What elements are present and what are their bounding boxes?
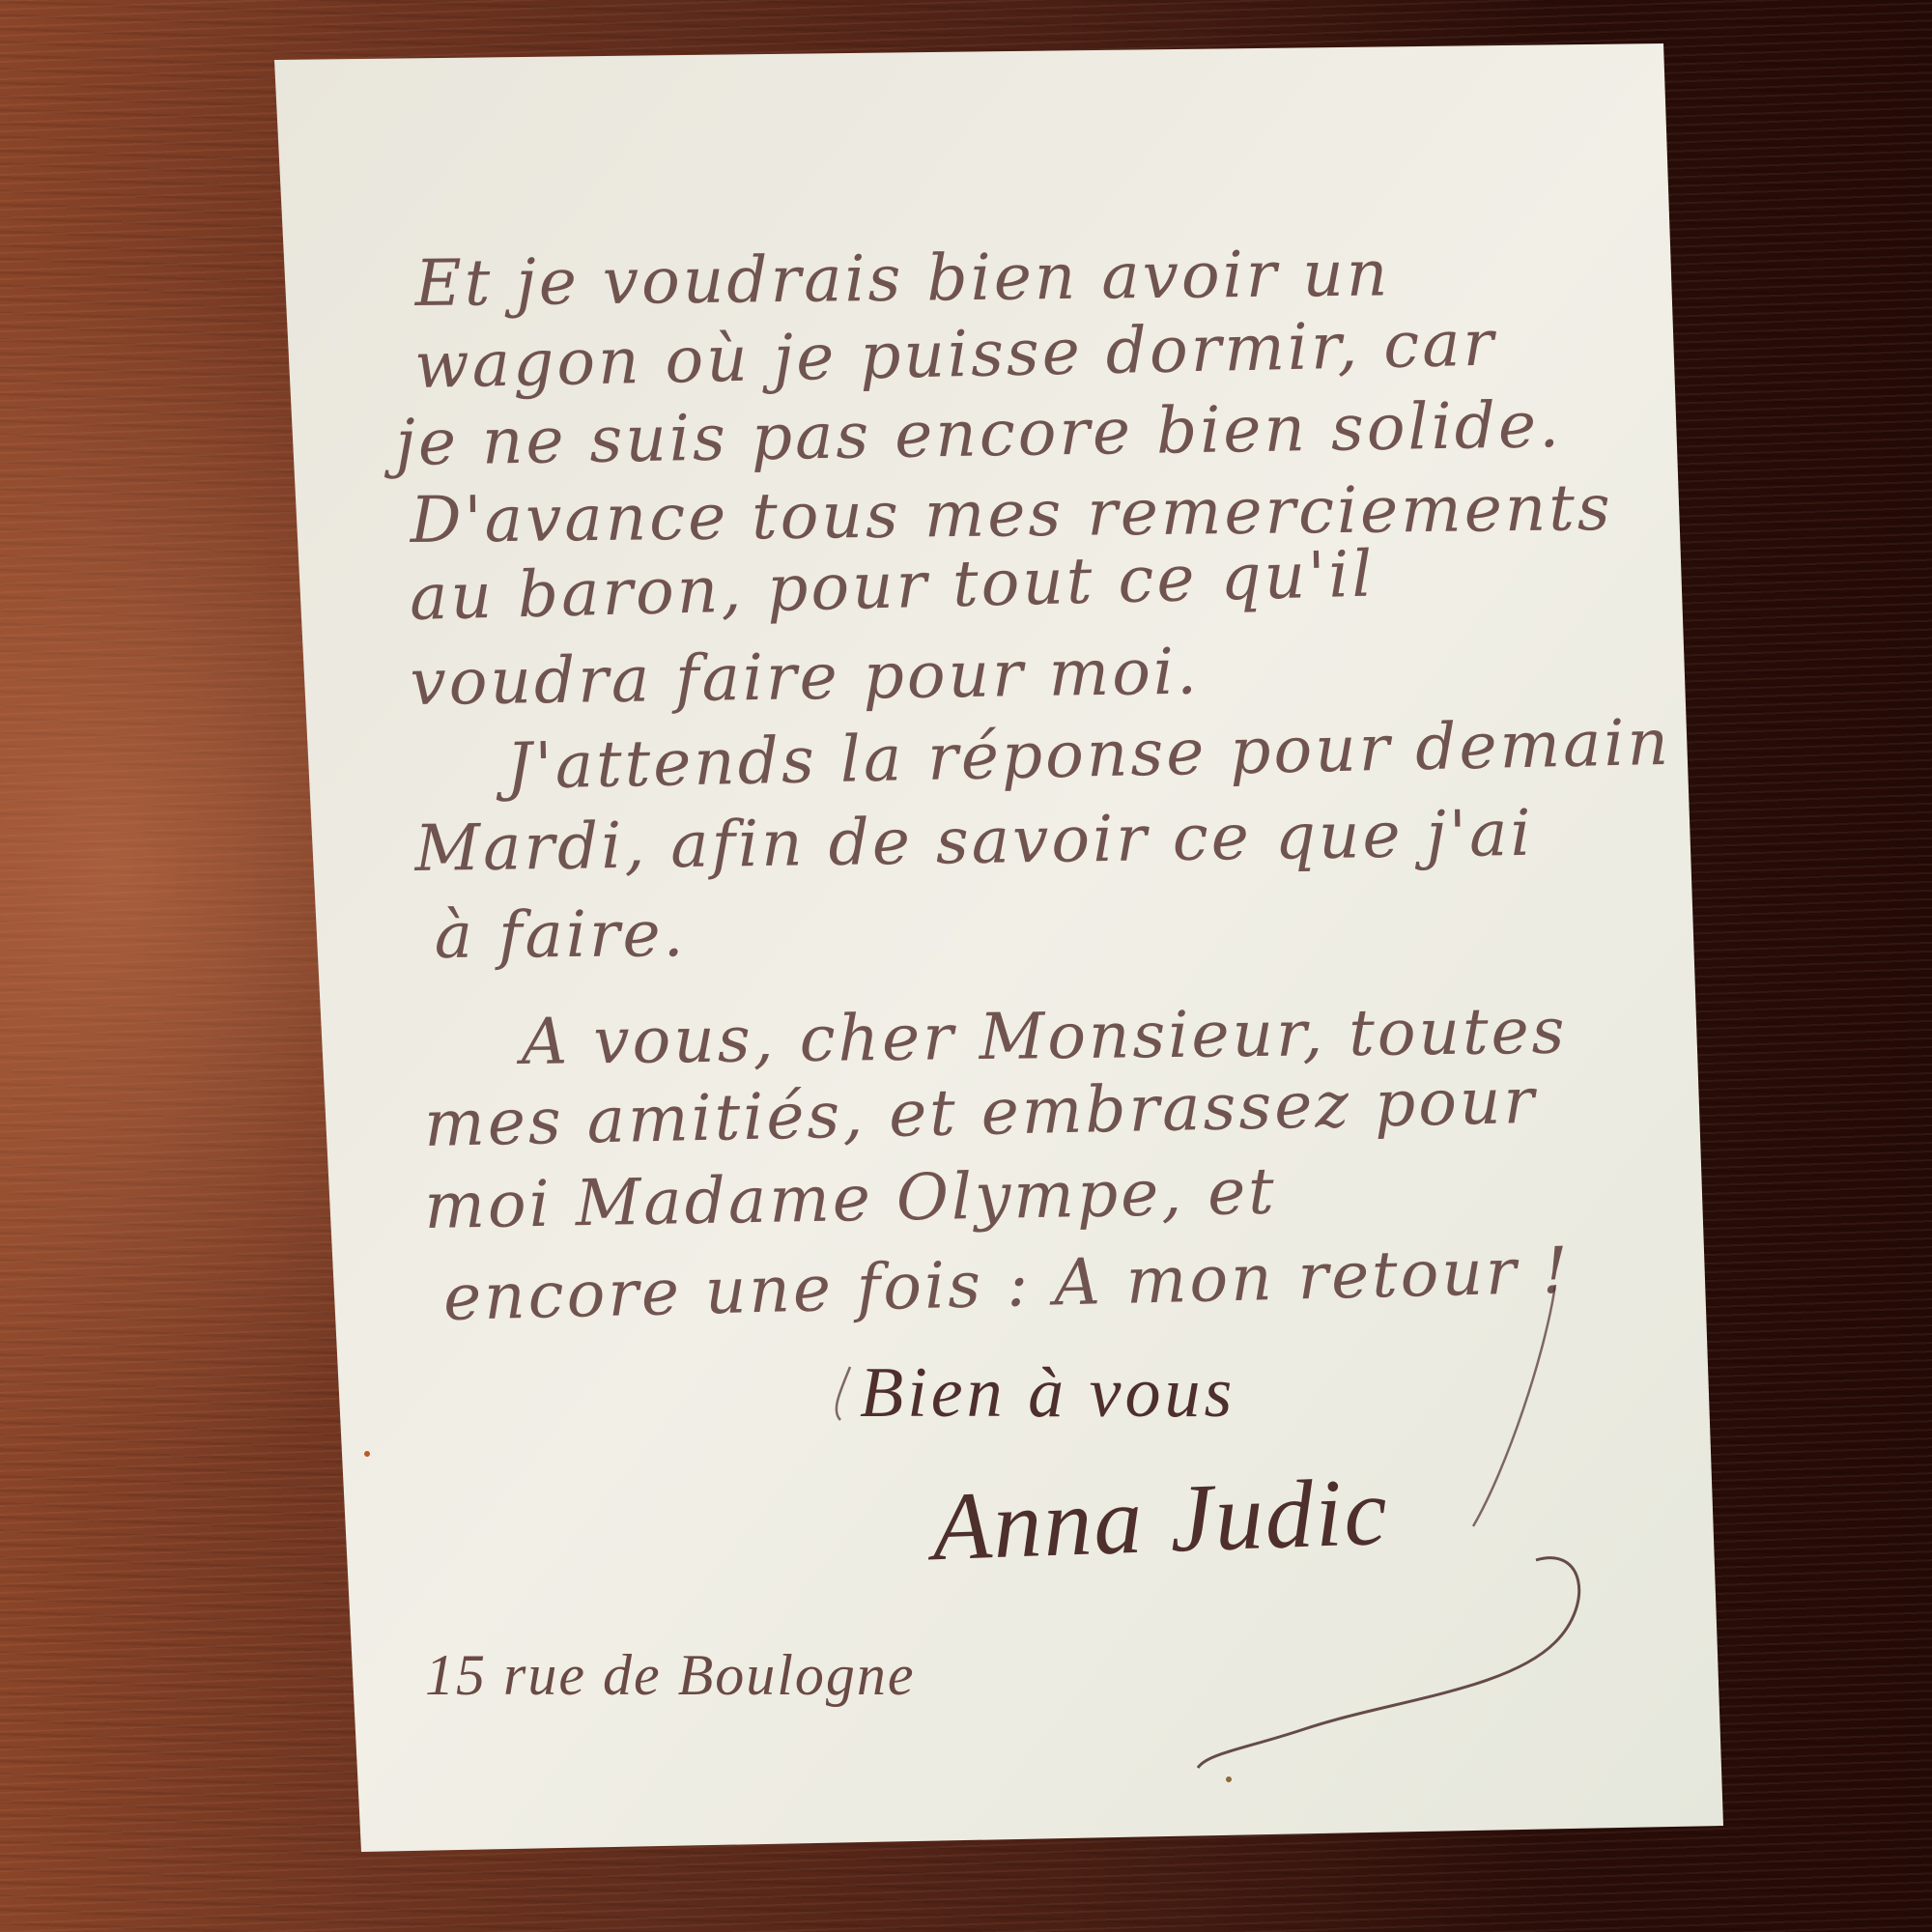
signature-flourish xyxy=(0,0,1932,1932)
handwritten-letter: Et je voudrais bien avoir un wagon où je… xyxy=(0,0,1932,1932)
